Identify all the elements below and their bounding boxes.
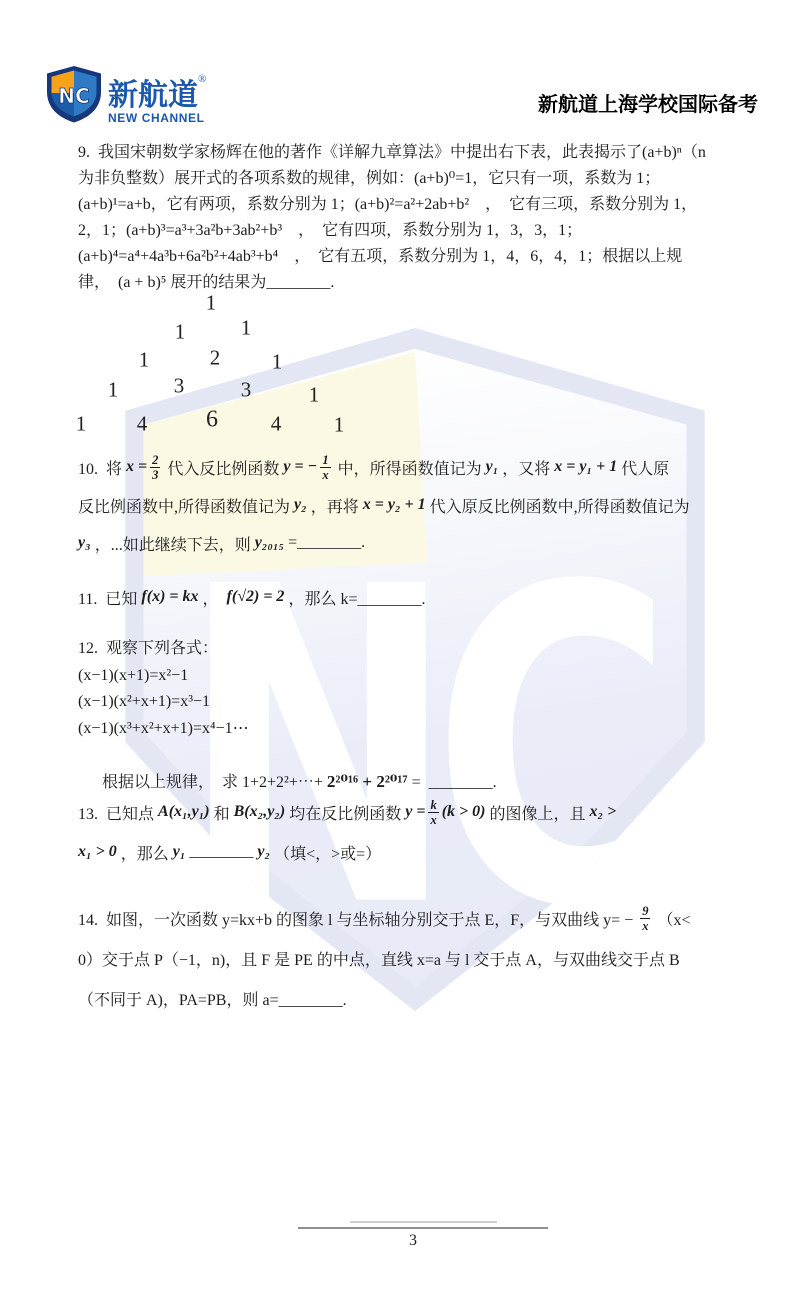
q10-text: 代入原反比例函数中,所得函数值记为 [426,494,690,517]
logo-brand-en: NEW CHANNEL [108,111,205,125]
question-13: 13. 已知点 A(x₁,y₁) 和 B(x₂,y₂) 均在反比例函数 y =k… [78,792,764,872]
q9-line: 为非负整数）展开式的各项系数的规律，例如：(a+b)⁰=1，它只有一项，系数为 … [78,166,764,192]
fraction-denominator: x [428,812,438,827]
fraction-numerator: 2 [150,453,160,467]
pascal-number: 6 [206,407,218,434]
q10-text: ，...如此继续下去，则 [91,532,255,555]
q10-blank: =________. [284,534,365,552]
q10-math: x = [126,458,147,476]
pascal-number: 1 [309,383,320,408]
q10-text: 代入反比例函数 [163,456,283,479]
question-14: 14. 如图，一次函数 y=kx+b 的图象 l 与坐标轴分别交于点 E，F，与… [78,898,764,1018]
q10-text: 中，所得函数值记为 [334,456,486,479]
q13-line: 13. 已知点 A(x₁,y₁) 和 B(x₂,y₂) 均在反比例函数 y =k… [78,792,764,832]
q14-text: 0）交于点 P（−1，n)，且 F 是 PE 的中点，直线 x=a 与 l 交于… [78,947,680,970]
exam-page: NC NC 新航道 ® NEW CHANNEL 新航道上海学校国际备考 9. 我… [0,0,802,1304]
q13-text: （填<，>或=） [270,841,381,864]
q10-math: y₁ [486,458,499,476]
q12-line: (x−1)(x³+x²+x+1)=x⁴−1⋯ [78,716,764,743]
q10-line: 反比例函数中,所得函数值记为 y₂ ，再将 x = y₂ + 1 代入原反比例函… [78,486,764,524]
q11-text: 11. 已知 [78,586,141,609]
q10-line: y₃ ，...如此继续下去，则 y₂₀₁₅ =________. [78,524,764,562]
q10-math: y = − [283,458,317,476]
q10-text: ，再将 [307,494,363,517]
fraction-denominator: 3 [150,467,160,482]
pascal-number: 1 [206,291,217,316]
q14-text: （x< [653,907,690,930]
fraction-numerator: 9 [640,904,650,918]
pascal-number: 4 [271,412,282,437]
q14-line: （不同于 A)，PA=PB，则 a=________. [78,978,764,1018]
q13-math: (k > 0) [442,803,486,821]
q12-line: (x−1)(x+1)=x²−1 [78,663,764,690]
q10-text: 代人原 [617,456,669,479]
q12-text: 根据以上规律， 求 1+2+2²+⋯+ [102,774,327,791]
q11-line: 11. 已知 f(x) = kx ， f(√2) = 2 ，那么 k=_____… [78,578,764,616]
pascal-number: 1 [76,412,87,437]
q9-line: 2，1；(a+b)³=a³+3a²b+3ab²+b³ ， 它有四项，系数分别为 … [78,218,764,244]
q10-math: y₂₀₁₅ [255,534,284,552]
page-header-title: 新航道上海学校国际备考 [538,88,758,117]
fraction-numerator: k [428,798,438,812]
logo-registered-mark: ® [198,73,206,85]
q11-text: ， [199,586,227,609]
q9-line: (a+b)⁴=a⁴+4a³b+6a²b²+4ab³+b⁴ ， 它有五项，系数分别… [78,244,764,270]
q13-math: y = [405,803,425,821]
q10-text: 反比例函数中,所得函数值记为 [78,494,294,517]
q10-math: y₃ [78,534,91,552]
q10-text: 10. 将 [78,456,126,479]
q11-math: f(√2) = 2 [227,588,285,606]
q14-blank: （不同于 A)，PA=PB，则 a=________. [78,987,347,1010]
q13-math: A(x₁,y₁) [158,803,210,821]
q10-line: 10. 将 x =23 代入反比例函数 y = −1x 中，所得函数值记为 y₁… [78,448,764,486]
fraction: 9x [640,904,650,933]
q14-line: 14. 如图，一次函数 y=kx+b 的图象 l 与坐标轴分别交于点 E，F，与… [78,898,764,938]
q11-blank: ，那么 k=________. [284,586,425,609]
q12-line: 12. 观察下列各式： [78,636,764,663]
q13-text: 均在反比例函数 [285,801,405,824]
nc-logo-shield-icon: NC 新航道 ® NEW CHANNEL [46,64,226,132]
question-11: 11. 已知 f(x) = kx ， f(√2) = 2 ，那么 k=_____… [78,578,764,616]
q9-line: 律， (a + b)⁵ 展开的结果为________. [78,270,764,296]
fraction-numerator: 1 [320,453,330,467]
pascal-number: 3 [174,374,185,399]
q10-math: y₂ [294,496,307,514]
pascal-number: 1 [334,413,345,438]
new-channel-logo: NC 新航道 ® NEW CHANNEL [46,64,226,137]
fraction-denominator: x [640,918,650,933]
fraction: 23 [150,453,160,482]
q9-line: (a+b)¹=a+b，它有两项，系数分别为 1；(a+b)²=a²+2ab+b²… [78,192,764,218]
q13-text: 和 [210,801,234,824]
fraction-denominator: x [320,467,330,482]
q13-text: 的图像上，且 [485,801,589,824]
q13-math: y₂ [257,843,270,861]
q13-math: B(x₂,y₂) [234,803,286,821]
logo-brand-cn: 新航道 [108,79,198,112]
pascal-number: 1 [108,378,119,403]
logo-nc-text: NC [58,84,89,108]
pascal-number: 1 [175,320,186,345]
q12-math: 2²⁰¹⁶ + 2²⁰¹⁷ [327,772,408,791]
pascal-number: 1 [272,350,283,375]
q10-math: x = y₂ + 1 [363,496,426,514]
page-number: 3 [398,1232,428,1250]
question-10: 10. 将 x =23 代入反比例函数 y = −1x 中，所得函数值记为 y₁… [78,448,764,562]
q13-text: ，那么 [117,841,173,864]
pascal-number: 3 [241,378,252,403]
q12-line: (x−1)(x²+x+1)=x³−1 [78,689,764,716]
q13-text: 13. 已知点 [78,801,158,824]
pascal-number: 1 [139,348,150,373]
pascal-number: 4 [137,412,148,437]
q10-math: x = y₁ + 1 [554,458,617,476]
q13-math: x₂ > [590,803,617,821]
q13-math: y₁ [173,843,186,861]
q14-line: 0）交于点 P（−1，n)，且 F 是 PE 的中点，直线 x=a 与 l 交于… [78,938,764,978]
q11-math: f(x) = kx [141,588,198,606]
q13-blank: ________ [185,843,257,861]
pascal-number: 2 [210,346,221,371]
footer-divider-short [350,1221,497,1223]
footer-divider-long [298,1227,548,1229]
question-9: 9. 我国宋朝数学家杨辉在他的著作《详解九章算法》中提出右下表，此表揭示了(a+… [78,140,764,296]
fraction: 1x [320,453,330,482]
q9-line: 9. 我国宋朝数学家杨辉在他的著作《详解九章算法》中提出右下表，此表揭示了(a+… [78,140,764,166]
q14-text: 14. 如图，一次函数 y=kx+b 的图象 l 与坐标轴分别交于点 E，F，与… [78,907,637,930]
pascal-number: 1 [241,316,252,341]
fraction: kx [428,798,438,827]
q13-math: x₁ > 0 [78,843,117,861]
q13-line: x₁ > 0 ，那么 y₁ ________ y₂ （填<，>或=） [78,832,764,872]
q12-blank: = ________. [408,774,497,791]
q10-text: ，又将 [498,456,554,479]
